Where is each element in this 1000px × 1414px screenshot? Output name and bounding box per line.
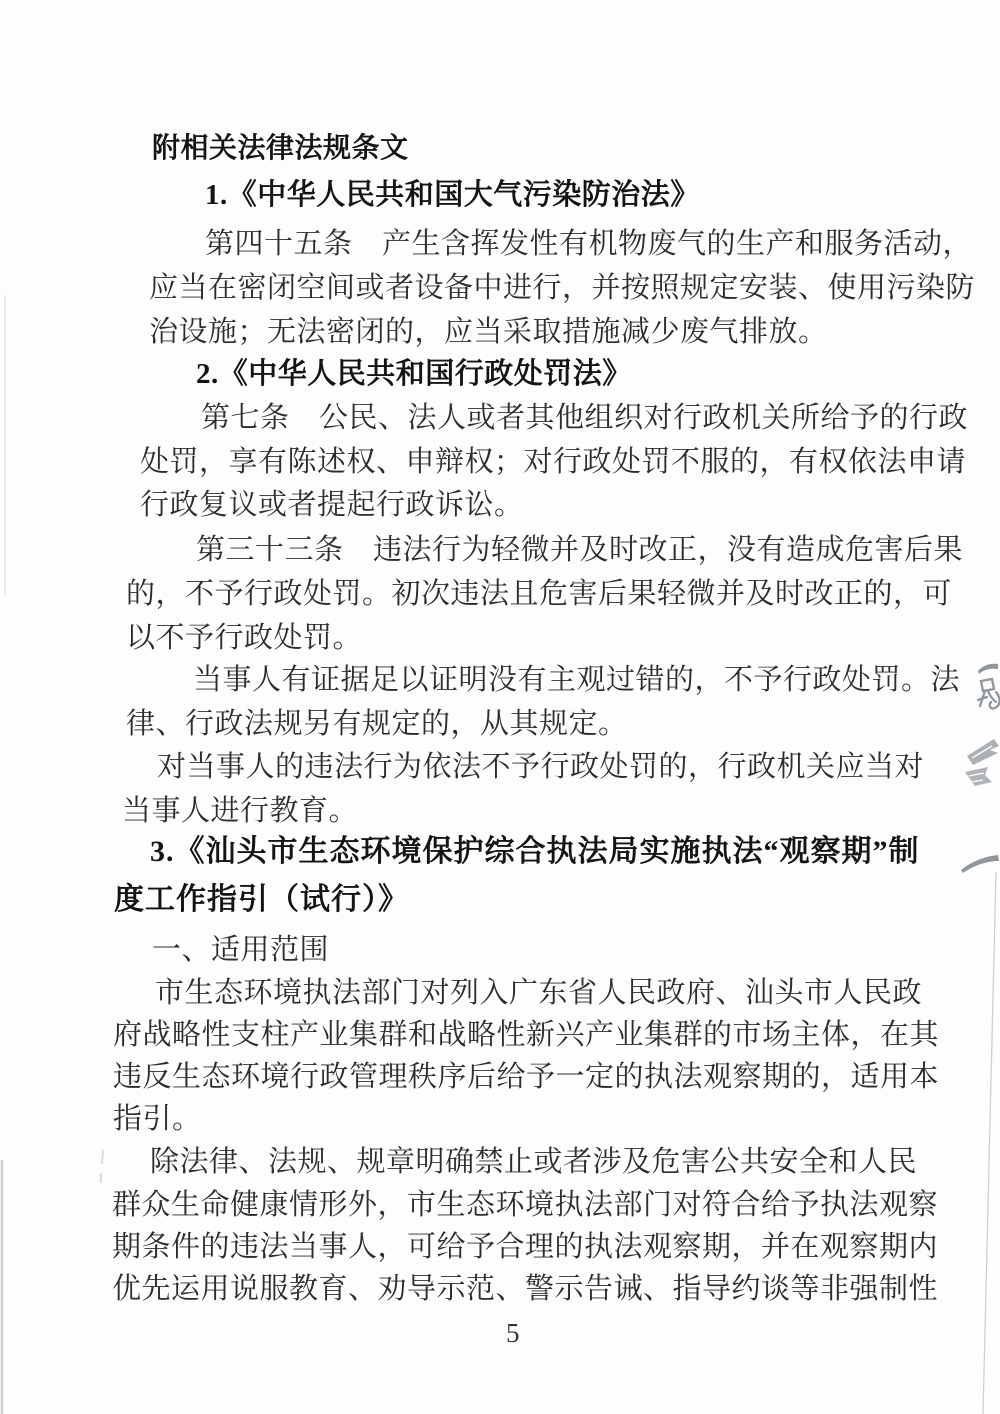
text-line: 以不予行政处罚。	[126, 620, 362, 656]
right-slanted-page-edge	[983, 872, 996, 1414]
small-left-margin-dashes	[101, 1150, 103, 1183]
text-line: 第四十五条 产生含挥发性有机物废气的生产和服务活动，	[205, 226, 972, 262]
text-line: 指引。	[113, 1101, 202, 1137]
law2-title-line: 2.《中华人民共和国行政处罚法》	[196, 356, 632, 392]
text-line: 当事人进行教育。	[122, 793, 358, 829]
law1-title-line: 1.《中华人民共和国大气污染防治法》	[205, 177, 700, 213]
text-line: 市生态环境执法部门对列入广东省人民政府、汕头市人民政	[155, 975, 922, 1011]
text-line: 期条件的违法当事人，可给予合理的执法观察期，并在观察期内	[112, 1229, 938, 1265]
handwritten-ink-marks	[961, 664, 1000, 873]
text-line: 优先运用说服教育、劝导示范、警示告诫、指导约谈等非强制性	[112, 1271, 938, 1307]
ink-scribble-character	[978, 679, 1000, 709]
text-line: 对当事人的违法行为依法不予行政处罚的，行政机关应当对	[157, 749, 924, 785]
text-line: 行政复议或者提起行政诉讼。	[140, 487, 524, 523]
ink-dash	[978, 664, 998, 674]
left-pink-edge-line	[4, 295, 6, 595]
text-line: 的，不予行政处罚。初次违法且危害后果轻微并及时改正的，可	[126, 576, 952, 612]
text-line: 除法律、法规、规章明确禁止或者涉及危害公共安全和人民	[150, 1144, 917, 1180]
text-line: 当事人有证据足以证明没有主观过错的，不予行政处罚。法	[193, 662, 960, 698]
ink-swoosh	[961, 855, 999, 873]
text-line: 府战略性支柱产业集群和战略性新兴产业集群的市场主体，在其	[113, 1017, 939, 1053]
text-line: 第七条 公民、法人或者其他组织对行政机关所给予的行政	[201, 400, 968, 436]
text-line: 群众生命健康情形外，市生态环境执法部门对符合给予执法观察	[112, 1187, 938, 1223]
page-number: 5	[506, 1318, 520, 1349]
text-line: 第三十三条 违法行为轻微并及时改正，没有造成危害后果	[196, 532, 963, 568]
text-line: 违反生态环境行政管理秩序后给予一定的执法观察期的，适用本	[113, 1059, 939, 1095]
section1-heading-line: 一、适用范围	[152, 932, 329, 968]
text-line: 治设施；无法密闭的，应当采取措施减少废气排放。	[149, 314, 828, 350]
scanned-document-page: 附相关法律法规条文 1.《中华人民共和国大气污染防治法》 第四十五条 产生含挥发…	[0, 0, 1000, 1414]
text-line: 处罚，享有陈述权、申辩权；对行政处罚不服的，有权依法申请	[140, 444, 966, 480]
law3-title-line: 度工作指引（试行）》	[114, 882, 409, 918]
ink-scribble-arrows	[965, 739, 999, 786]
document-heading: 附相关法律法规条文	[152, 131, 409, 167]
text-line: 律、行政法规另有规定的，从其规定。	[126, 706, 628, 742]
law3-title-line: 3.《汕头市生态环境保护综合执法局实施执法“观察期”制	[150, 834, 920, 870]
text-line: 应当在密闭空间或者设备中进行，并按照规定安装、使用污染防	[149, 270, 975, 306]
